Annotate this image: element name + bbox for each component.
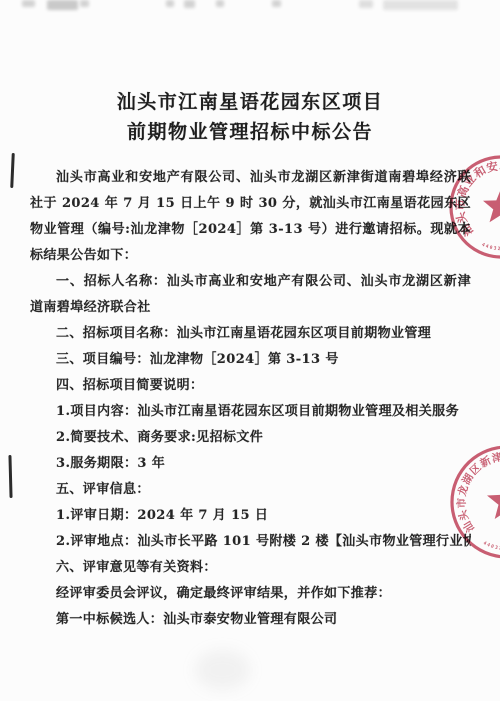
title-line-2: 前期物业管理招标中标公告: [0, 117, 500, 147]
seal-code-text: 44032709401: [481, 533, 500, 557]
text-line: 一、招标人名称：汕头市高业和安地产有限公司、汕头市龙湖区新津街: [30, 269, 471, 295]
scan-smudge: [272, 0, 281, 7]
title-line-1: 汕头市江南星语花园东区项目: [0, 87, 500, 117]
scanned-document-page: 汕头市江南星语花园东区项目 前期物业管理招标中标公告 汕头市高业和安地产有限公司…: [0, 0, 500, 701]
scan-smudge: [383, 0, 458, 10]
scan-smudge: [80, 0, 89, 7]
text-line: 二、招标项目名称：汕头市江南星语花园东区项目前期物业管理: [30, 321, 471, 347]
text-line: 社于 2024 年 7 月 15 日上午 9 时 30 分，就汕头市江南星语花园…: [30, 191, 471, 217]
text-line: 三、项目编号：汕龙津物［2024］第 3-13 号: [30, 347, 471, 373]
text-line: 五、评审信息：: [30, 477, 471, 503]
scan-smudge: [216, 0, 224, 7]
star-icon: [483, 188, 500, 223]
scan-smudge: [166, 0, 174, 7]
scan-smudge: [47, 0, 78, 10]
text-line: 六、评审意见等有关资料：: [30, 555, 471, 581]
scan-smudge: [22, 0, 35, 7]
text-line: 1.评审日期：2024 年 7 月 15 日: [30, 503, 471, 529]
text-line: 2.简要技术、商务要求:见招标文件: [30, 425, 471, 451]
text-line: 汕头市高业和安地产有限公司、汕头市龙湖区新津街道南碧埠经济联合: [30, 165, 471, 191]
text-line: 四、招标项目简要说明：: [30, 373, 471, 399]
text-line: 物业管理（编号:汕龙津物［2024］第 3-13 号）进行邀请招标。现就本次中: [30, 217, 471, 243]
document-body: 汕头市高业和安地产有限公司、汕头市龙湖区新津街道南碧埠经济联合 社于 2024 …: [30, 165, 471, 633]
seal-code-text-path: 4403270940: [480, 233, 500, 257]
star-icon: [487, 481, 500, 519]
scan-smudge-bottom: [195, 650, 250, 690]
text-line: 第一中标候选人：汕头市泰安物业管理有限公司: [30, 607, 471, 633]
margin-pen-mark: [10, 153, 14, 188]
margin-pen-mark: [8, 455, 12, 498]
text-line: 1.项目内容：汕头市江南星语花园东区项目前期物业管理及相关服务: [30, 399, 471, 425]
text-line: 3.服务期限：3 年: [30, 451, 471, 477]
text-line: 经评审委员会评议，确定最终评审结果，并作如下推荐：: [30, 581, 471, 607]
seal-code-text: 4403270940: [480, 233, 500, 257]
text-line: 道南碧埠经济联合社: [30, 295, 471, 321]
scan-smudge: [184, 0, 195, 8]
text-line: 标结果公告如下：: [30, 243, 471, 269]
text-line: 2.评审地点：汕头市长平路 101 号附楼 2 楼【汕头市物业管理行业协会】: [30, 529, 471, 555]
scan-smudge: [359, 0, 373, 8]
seal-code-text-path: 44032709401: [481, 533, 500, 557]
document-title: 汕头市江南星语花园东区项目 前期物业管理招标中标公告: [0, 87, 500, 147]
